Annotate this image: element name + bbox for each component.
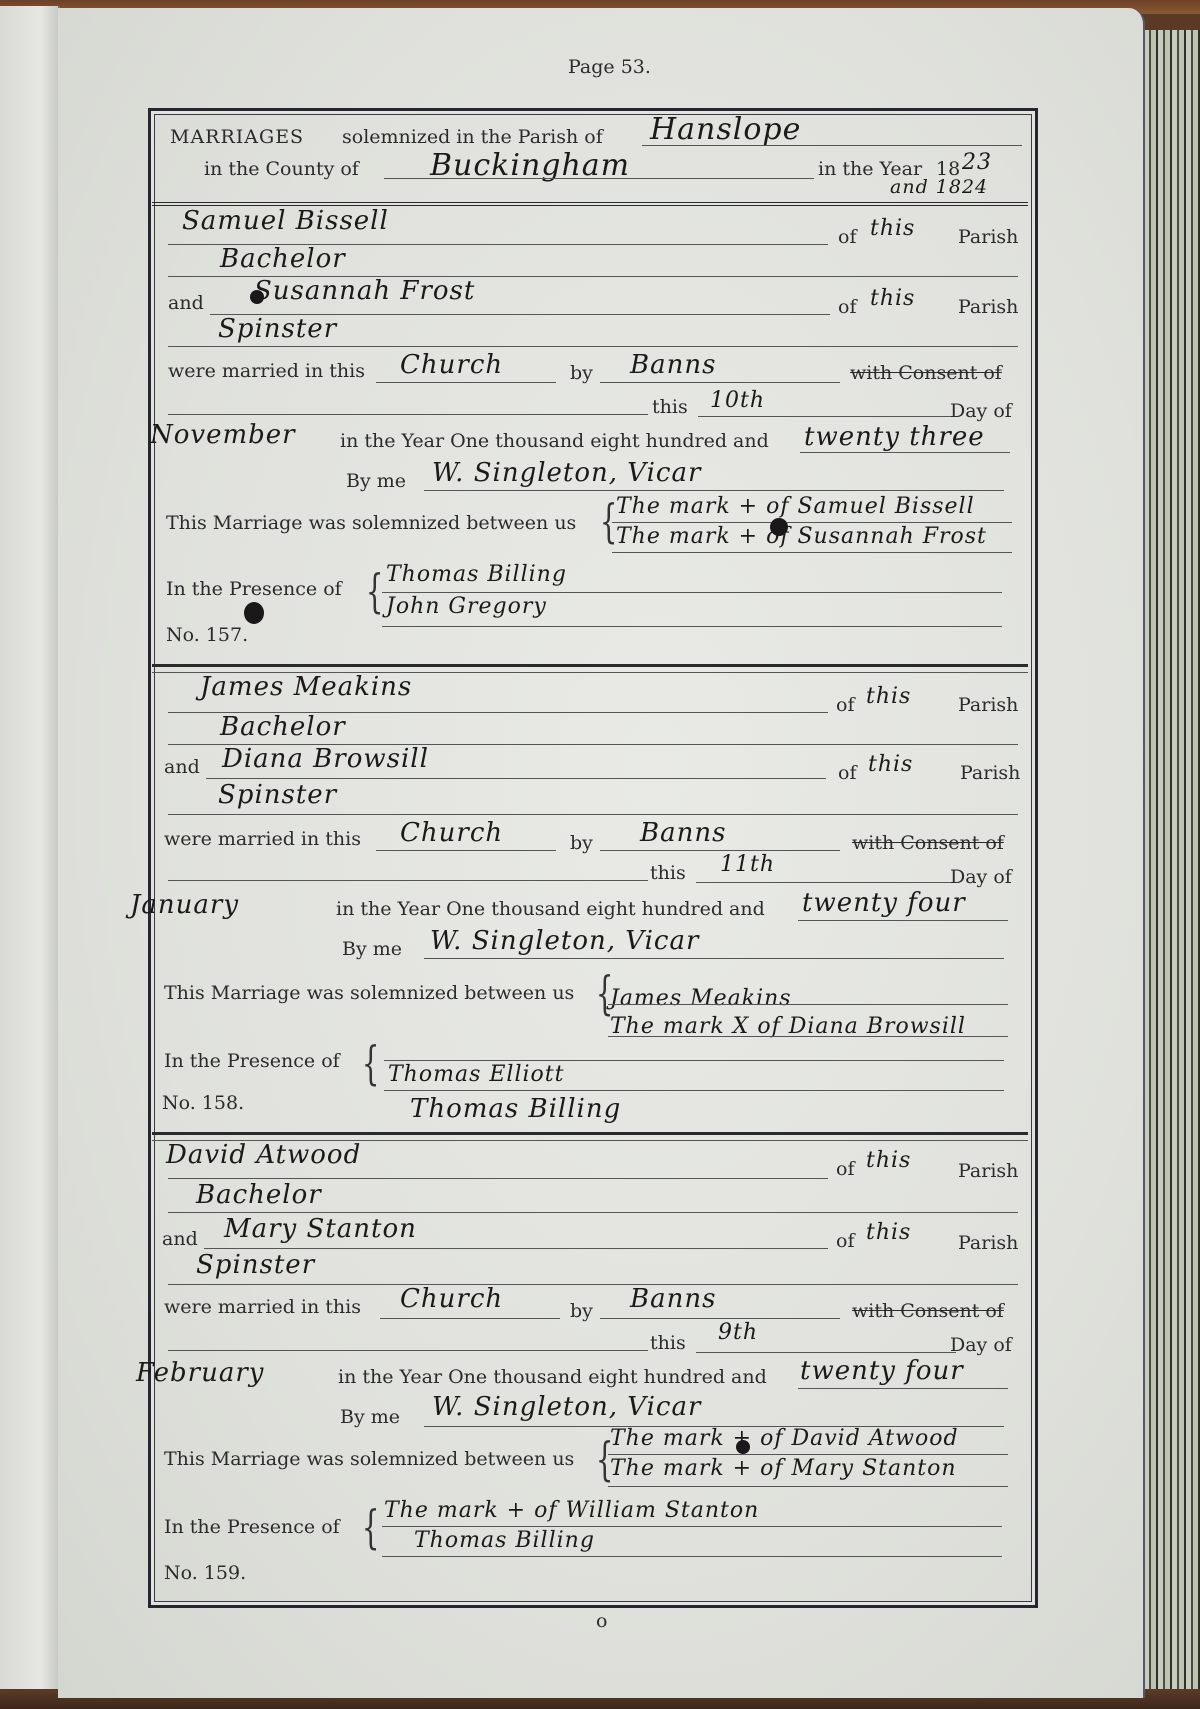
consent-line [168,880,648,881]
marriages-heading: MARRIAGES [170,126,304,148]
solemnized-label: solemnized in the Parish of [342,126,603,148]
groom-line [168,1178,828,1179]
were-married-label: were married in this [164,1296,361,1318]
parish-label: Parish [958,1232,1018,1254]
marriage-month: November [150,420,296,450]
method-line [600,1318,840,1319]
bride-status: Spinster [218,780,337,810]
this-label: this [650,862,686,884]
bride-name: Diana Browsill [222,744,429,774]
consent-line [168,414,648,415]
place-line [380,1318,560,1319]
signature-line [608,1036,1008,1037]
solemnized-between-label: This Marriage was solemnized between us [164,1448,574,1470]
in-presence-label: In the Presence of [164,1516,340,1538]
marriage-month: February [136,1358,264,1388]
year-line [798,920,1008,921]
marriage-day: 11th [720,852,775,877]
of-label: of [836,1158,854,1180]
bride-parish: this [866,1220,911,1245]
solemnized-between-label: This Marriage was solemnized between us [164,982,574,1004]
officiant-signature: W. Singleton, Vicar [432,458,701,488]
county-line [384,178,814,179]
day-of-label: Day of [950,1334,1012,1356]
day-line [698,416,958,417]
in-the-year-label: in the Year One thousand eight hundred a… [336,898,765,920]
place-line [376,382,556,383]
by-me-label: By me [346,470,406,492]
year-words: twenty three [804,422,985,452]
year-line [800,452,1010,453]
witness-1: The mark + of William Stanton [384,1498,759,1523]
ink-blot [250,290,264,304]
solemnized-between-label: This Marriage was solemnized between us [166,512,576,534]
day-of-label: Day of [950,866,1012,888]
officiant-line [424,490,1004,491]
bride-parish: this [870,286,915,311]
in-presence-label: In the Presence of [164,1050,340,1072]
were-married-label: were married in this [164,828,361,850]
this-label: this [652,396,688,418]
officiant-signature: W. Singleton, Vicar [430,926,699,956]
and-label: and [168,292,204,314]
witness-line [382,626,1002,627]
with-consent-label: with Consent of [852,1300,1004,1322]
entry-number: No. 159. [164,1562,246,1584]
bride-status: Spinster [218,314,337,344]
bride-signature: The mark + of Mary Stanton [610,1456,957,1481]
in-the-year-label: in the Year One thousand eight hundred a… [340,430,769,452]
marriage-place: Church [400,818,503,848]
bride-line [204,1248,828,1249]
of-label: of [836,694,854,716]
year-words: twenty four [802,888,966,918]
groom-name: James Meakins [200,672,412,702]
groom-signature: James Meakins [610,986,792,1011]
in-presence-label: In the Presence of [166,578,342,600]
with-consent-label: with Consent of [852,832,1004,854]
groom-status: Bachelor [220,244,346,274]
year-line [798,1388,1008,1389]
bride-parish: this [868,752,913,777]
signature-line [608,1004,1008,1005]
page-number: Page 53. [568,56,651,78]
witness-1: Thomas Elliott [388,1062,564,1087]
bride-status: Spinster [196,1250,315,1280]
witness-2: Thomas Billing [414,1528,595,1553]
place-line [376,850,556,851]
parish-label: Parish [958,296,1018,318]
witness-line [384,1060,1004,1061]
of-label: of [838,296,856,318]
by-label: by [570,832,593,854]
status-line [168,346,1018,347]
bride-name: Mary Stanton [224,1214,417,1244]
witness-line [382,1556,1002,1557]
witness-line [382,1526,1002,1527]
status-line [168,814,1018,815]
parish-label: Parish [958,1160,1018,1182]
bride-signature: The mark + of Susannah Frost [616,524,987,549]
of-label: of [836,1230,854,1252]
groom-parish: this [866,1148,911,1173]
groom-signature: The mark + of David Atwood [610,1426,959,1451]
by-me-label: By me [342,938,402,960]
witness-2: John Gregory [386,594,547,619]
day-line [696,1352,956,1353]
witness-line [384,1090,1004,1091]
county-label: in the County of [204,158,359,180]
parish-label: Parish [960,762,1020,784]
signature-line [608,1486,1008,1487]
by-label: by [570,1300,593,1322]
parish-label: Parish [958,694,1018,716]
method-line [600,850,840,851]
in-the-year-label: in the Year One thousand eight hundred a… [338,1366,767,1388]
footer-signature-mark: o [596,1610,607,1632]
ink-blot [770,518,788,536]
year-words: twenty four [800,1356,964,1386]
groom-parish: this [866,684,911,709]
marriage-method: Banns [630,1284,716,1314]
of-label: of [838,762,856,784]
marriage-day: 10th [710,388,765,413]
entry-number: No. 158. [162,1092,244,1114]
method-line [600,382,840,383]
signature-line [612,552,1012,553]
parish-label: Parish [958,226,1018,248]
of-label: of [838,226,856,248]
status-line [168,1212,1018,1213]
day-of-label: Day of [950,400,1012,422]
brace: { [362,1504,380,1550]
ink-blot [736,1440,750,1454]
by-label: by [570,362,593,384]
witness-2: Thomas Billing [410,1094,621,1124]
officiant-signature: W. Singleton, Vicar [432,1392,701,1422]
status-line [168,1284,1018,1285]
groom-name: Samuel Bissell [182,206,389,236]
brace: { [366,568,384,614]
with-consent-label: with Consent of [850,362,1002,384]
marriage-method: Banns [630,350,716,380]
parish-name: Hanslope [650,112,801,147]
day-line [696,882,956,883]
and-label: and [164,756,200,778]
groom-signature: The mark + of Samuel Bissell [616,494,975,519]
signature-line [608,1454,1008,1455]
were-married-label: were married in this [168,360,365,382]
signature-line [612,522,1012,523]
brace: { [362,1040,380,1086]
brace: { [600,498,618,544]
groom-name: David Atwood [166,1140,361,1170]
entry-number: No. 157. [166,624,248,646]
witness-1: Thomas Billing [386,562,567,587]
year-suffix: 23 [962,150,992,175]
groom-status: Bachelor [196,1180,322,1210]
and-label: and [162,1228,198,1250]
bride-line [206,778,826,779]
marriage-place: Church [400,1284,503,1314]
consent-line [168,1350,648,1351]
groom-status: Bachelor [220,712,346,742]
by-me-label: By me [340,1406,400,1428]
this-label: this [650,1332,686,1354]
groom-parish: this [870,216,915,241]
year-addendum: and 1824 [890,176,988,198]
bride-name: Susannah Frost [254,276,475,306]
officiant-line [424,958,1004,959]
marriage-month: January [130,890,239,920]
marriage-place: Church [400,350,503,380]
marriage-method: Banns [640,818,726,848]
marriage-day: 9th [718,1320,758,1345]
parish-line [642,145,1022,146]
witness-line [382,592,1002,593]
facing-page-edge [0,6,60,1706]
ink-blot [244,602,264,624]
